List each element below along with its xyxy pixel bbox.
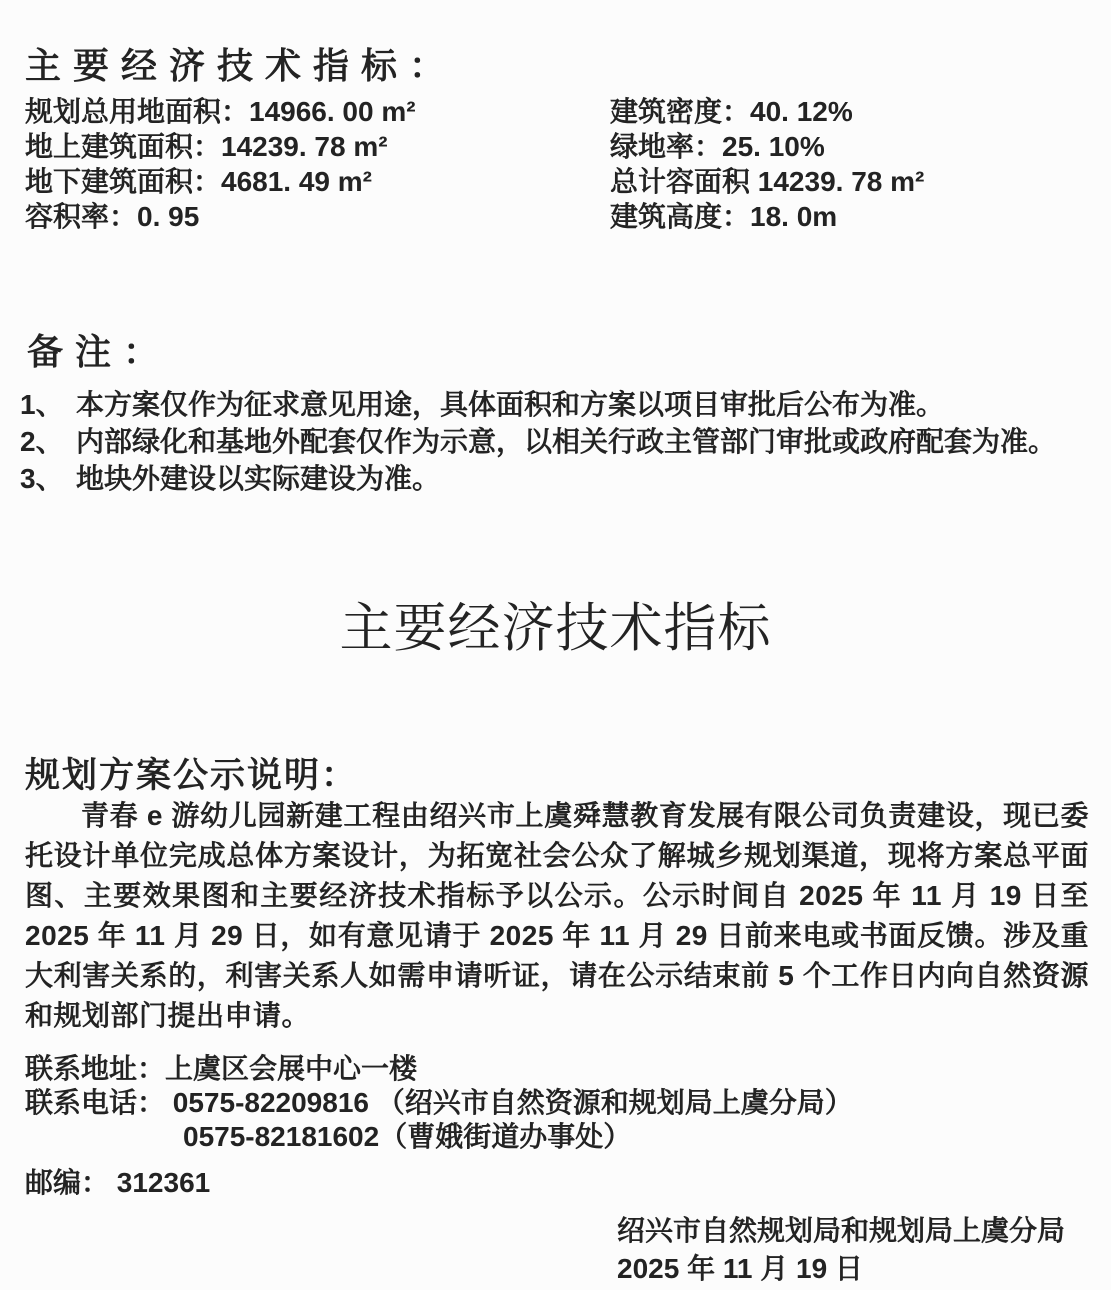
indicator-label: 地上建筑面积： bbox=[25, 131, 221, 162]
signature-organization: 绍兴市自然规划局和规划局上虞分局 bbox=[617, 1212, 1065, 1250]
contact-phone-org-1: （绍兴市自然资源和规划局上虞分局） bbox=[377, 1087, 853, 1118]
contact-phone-line-1: 联系电话： 0575-82209816 （绍兴市自然资源和规划局上虞分局） bbox=[25, 1086, 853, 1120]
contact-postal-line: 邮编： 312361 bbox=[25, 1166, 853, 1200]
contact-phone-line-2: 0575-82181602（曹娥街道办事处） bbox=[25, 1120, 853, 1154]
notes-section-heading: 备注： bbox=[27, 324, 171, 375]
indicator-label: 地下建筑面积： bbox=[25, 166, 221, 197]
indicator-label: 总计容面积 bbox=[610, 166, 758, 197]
contact-address-line: 联系地址：上虞区会展中心一楼 bbox=[25, 1052, 853, 1086]
note-text: 内部绿化和基地外配套仅作为示意，以相关行政主管部门审批或政府配套为准。 bbox=[76, 423, 1095, 460]
indicator-row-underground-area: 地下建筑面积：4681. 49 m² bbox=[25, 164, 416, 199]
indicators-right-column: 建筑密度：40. 12% 绿地率：25. 10% 总计容面积 14239. 78… bbox=[610, 94, 924, 234]
contact-phone-number-2: 0575-82181602 bbox=[183, 1121, 379, 1152]
center-page-title: 主要经济技术指标 bbox=[0, 586, 1111, 662]
indicator-value: 14239. 78 m² bbox=[221, 131, 388, 162]
indicator-label: 绿地率： bbox=[610, 131, 722, 162]
indicator-row-green-ratio: 绿地率：25. 10% bbox=[610, 129, 924, 164]
contact-postal-label: 邮编： bbox=[25, 1167, 117, 1198]
contact-phone-org-2: （曹娥街道办事处） bbox=[379, 1121, 631, 1152]
signature-date: 2025 年 11 月 19 日 bbox=[617, 1250, 1065, 1288]
indicator-row-total-floor-area: 总计容面积 14239. 78 m² bbox=[610, 164, 924, 199]
signature-block: 绍兴市自然规划局和规划局上虞分局 2025 年 11 月 19 日 bbox=[617, 1212, 1065, 1288]
indicator-row-total-land-area: 规划总用地面积：14966. 00 m² bbox=[25, 94, 416, 129]
indicator-row-plot-ratio: 容积率：0. 95 bbox=[25, 199, 416, 234]
note-item: 1、 本方案仅作为征求意见用途，具体面积和方案以项目审批后公布为准。 bbox=[20, 386, 1095, 423]
indicators-left-column: 规划总用地面积：14966. 00 m² 地上建筑面积：14239. 78 m²… bbox=[25, 94, 416, 234]
indicator-row-building-density: 建筑密度：40. 12% bbox=[610, 94, 924, 129]
indicator-label: 规划总用地面积： bbox=[25, 96, 249, 127]
indicators-section-heading: 主要经济技术指标： bbox=[25, 38, 457, 89]
indicator-value: 0. 95 bbox=[137, 201, 199, 232]
indicator-value: 14239. 78 m² bbox=[758, 166, 925, 197]
publicity-section-heading: 规划方案公示说明： bbox=[25, 748, 358, 798]
indicator-value: 18. 0m bbox=[750, 201, 837, 232]
publicity-paragraph: 青春 e 游幼儿园新建工程由绍兴市上虞舜慧教育发展有限公司负责建设，现已委托设计… bbox=[25, 796, 1089, 1036]
note-text: 本方案仅作为征求意见用途，具体面积和方案以项目审批后公布为准。 bbox=[76, 386, 1095, 423]
note-item: 3、 地块外建设以实际建设为准。 bbox=[20, 460, 1095, 497]
indicator-value: 40. 12% bbox=[750, 96, 853, 127]
indicator-value: 14966. 00 m² bbox=[249, 96, 416, 127]
note-number: 3、 bbox=[20, 460, 76, 497]
contact-phone-label: 联系电话： bbox=[25, 1087, 173, 1118]
note-number: 1、 bbox=[20, 386, 76, 423]
note-item: 2、 内部绿化和基地外配套仅作为示意，以相关行政主管部门审批或政府配套为准。 bbox=[20, 423, 1095, 460]
note-text: 地块外建设以实际建设为准。 bbox=[76, 460, 1095, 497]
indicator-label: 建筑高度： bbox=[610, 201, 750, 232]
indicator-label: 容积率： bbox=[25, 201, 137, 232]
indicator-row-above-ground-area: 地上建筑面积：14239. 78 m² bbox=[25, 129, 416, 164]
indicator-value: 4681. 49 m² bbox=[221, 166, 372, 197]
indicator-label: 建筑密度： bbox=[610, 96, 750, 127]
contact-address-value: 上虞区会展中心一楼 bbox=[165, 1053, 417, 1084]
indicator-value: 25. 10% bbox=[722, 131, 825, 162]
contact-address-label: 联系地址： bbox=[25, 1053, 165, 1084]
notes-list: 1、 本方案仅作为征求意见用途，具体面积和方案以项目审批后公布为准。 2、 内部… bbox=[20, 386, 1095, 497]
note-number: 2、 bbox=[20, 423, 76, 460]
contact-phone-number-1: 0575-82209816 bbox=[173, 1087, 377, 1118]
indicator-row-building-height: 建筑高度：18. 0m bbox=[610, 199, 924, 234]
planning-notice-document: 主要经济技术指标： 规划总用地面积：14966. 00 m² 地上建筑面积：14… bbox=[0, 0, 1111, 1290]
contact-block: 联系地址：上虞区会展中心一楼 联系电话： 0575-82209816 （绍兴市自… bbox=[25, 1052, 853, 1200]
contact-postal-code: 312361 bbox=[117, 1167, 210, 1198]
